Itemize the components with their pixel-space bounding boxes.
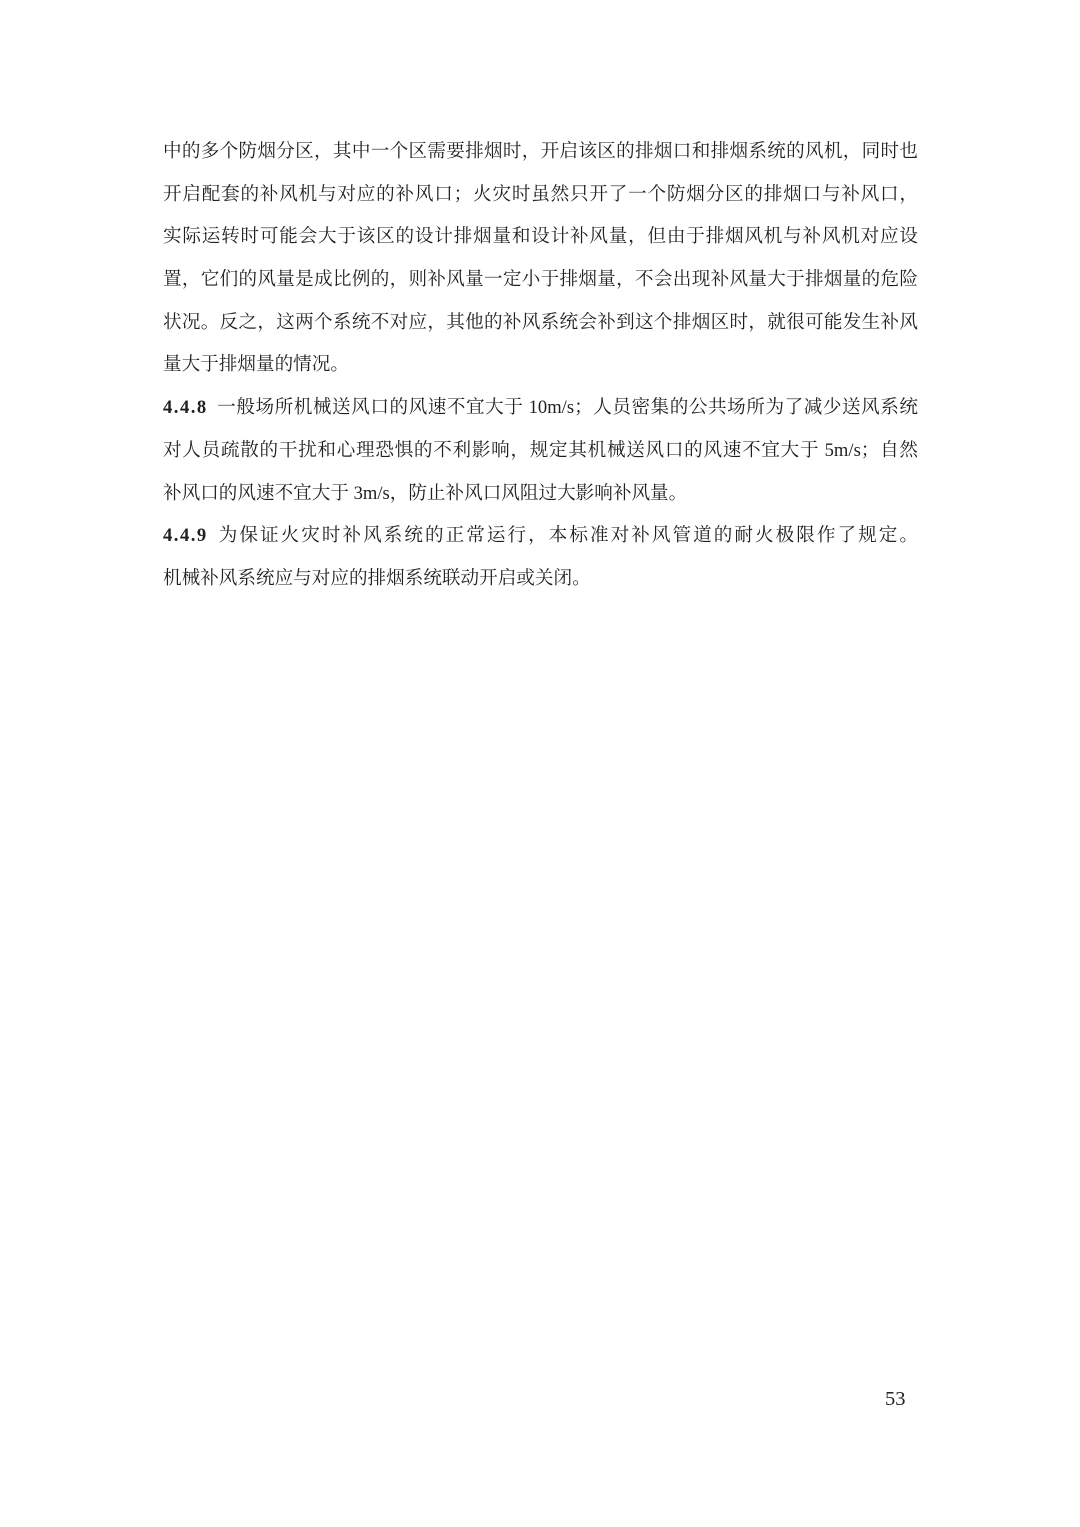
text-line: 量大于排烟量的情况。: [163, 344, 918, 387]
clause-number: 4.4.8: [163, 397, 208, 418]
clause-4-4-8: 4.4.8一般场所机械送风口的风速不宜大于 10m/s；人员密集的公共场所为了减…: [163, 387, 918, 515]
body-text: 中的多个防烟分区，其中一个区需要排烟时，开启该区的排烟口和排烟系统的风机，同时也…: [163, 131, 918, 601]
text-line: 4.4.9为保证火灾时补风系统的正常运行，本标准对补风管道的耐火极限作了规定。: [163, 515, 918, 558]
clause-4-4-9: 4.4.9为保证火灾时补风系统的正常运行，本标准对补风管道的耐火极限作了规定。机…: [163, 515, 918, 600]
clause-number: 4.4.9: [163, 525, 208, 546]
text-line: 中的多个防烟分区，其中一个区需要排烟时，开启该区的排烟口和排烟系统的风机，同时也: [163, 131, 918, 174]
text-line: 机械补风系统应与对应的排烟系统联动开启或关闭。: [163, 558, 918, 601]
text-line: 补风口的风速不宜大于 3m/s，防止补风口风阻过大影响补风量。: [163, 473, 918, 516]
paragraph-continuation: 中的多个防烟分区，其中一个区需要排烟时，开启该区的排烟口和排烟系统的风机，同时也…: [163, 131, 918, 387]
page-number: 53: [885, 1384, 925, 1414]
clause-text: 一般场所机械送风口的风速不宜大于 10m/s；人员密集的公共场所为了减少送风系统: [217, 397, 918, 418]
text-line: 4.4.8一般场所机械送风口的风速不宜大于 10m/s；人员密集的公共场所为了减…: [163, 387, 918, 430]
text-line: 状况。反之，这两个系统不对应，其他的补风系统会补到这个排烟区时，就很可能发生补风: [163, 302, 918, 345]
document-page: 中的多个防烟分区，其中一个区需要排烟时，开启该区的排烟口和排烟系统的风机，同时也…: [0, 0, 1080, 1527]
text-line: 开启配套的补风机与对应的补风口；火灾时虽然只开了一个防烟分区的排烟口与补风口，: [163, 174, 918, 217]
text-line: 实际运转时可能会大于该区的设计排烟量和设计补风量，但由于排烟风机与补风机对应设: [163, 216, 918, 259]
text-line: 对人员疏散的干扰和心理恐惧的不利影响，规定其机械送风口的风速不宜大于 5m/s；…: [163, 430, 918, 473]
clause-text: 为保证火灾时补风系统的正常运行，本标准对补风管道的耐火极限作了规定。: [217, 525, 918, 546]
text-line: 置，它们的风量是成比例的，则补风量一定小于排烟量，不会出现补风量大于排烟量的危险: [163, 259, 918, 302]
